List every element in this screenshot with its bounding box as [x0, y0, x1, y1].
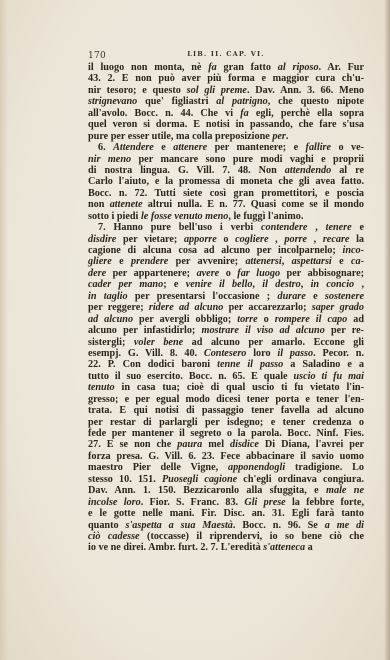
book-page: 170 LIB. II. CAP. VI. il luogo non monta… [0, 0, 390, 660]
text-line: nir tesoro; e questo sol gli preme. Dav.… [88, 85, 364, 96]
body-text: il luogo non monta, nè fa gran fatto al … [88, 62, 364, 554]
text-line: pure per esser utile, ma colla preposizi… [88, 131, 364, 142]
text-line: 7. Hanno pure bell'uso i verbi contender… [88, 222, 364, 233]
text-line: cader per mano; e venire il bello, il de… [88, 279, 364, 290]
text-line: all'avolo. Bocc. n. 44. Che vi fa egli, … [88, 108, 364, 119]
text-line: 6. Attendere e attenere per mantenere; e… [88, 142, 364, 153]
text-line: forza presa. G. Vill. 6. 23. Fece abbaci… [88, 451, 364, 462]
text-line: tutto il suo esercito. Bocc. n. 65. E qu… [88, 371, 364, 382]
text-line: incolse loro. Fior. S. Franc. 83. Gli pr… [88, 497, 364, 508]
text-line: 27. E se non che paura mel disdice Di Di… [88, 439, 364, 450]
text-line: per restar di parlargli per isdegno; e t… [88, 417, 364, 428]
text-line: sotto i piedi le fosse venuto meno, le f… [88, 211, 364, 222]
text-line: maestro Pier delle Vigne, apponendogli t… [88, 462, 364, 473]
page-header: 170 LIB. II. CAP. VI. [88, 50, 364, 62]
text-line: quel veron si dorma. E notisi in passand… [88, 119, 364, 130]
page-gutter-shadow [0, 0, 8, 660]
text-line: fede per mantener il segreto o la parola… [88, 428, 364, 439]
text-line: Carlo l'aiuto, e la promessa di moneta c… [88, 176, 364, 187]
text-line: io ve ne direi. Ambr. furt. 2. 7. L'ered… [88, 542, 364, 553]
text-line: gliere e prendere per avvenire; atteners… [88, 256, 364, 267]
text-line: il luogo non monta, nè fa gran fatto al … [88, 62, 364, 73]
text-line: quanto s'aspetta a sua Maestà. Bocc. n. … [88, 520, 364, 531]
text-line: trata. E qui notisi di passaggio tener f… [88, 405, 364, 416]
text-line: Dav. Ann. 1. 150. Bezzicaronlo alla sfug… [88, 485, 364, 496]
text-line: esempj. G. Vill. 8. 40. Contesero loro i… [88, 348, 364, 359]
text-line: dere per appartenere; avere o far luogo … [88, 268, 364, 279]
text-line: di nostra lingua. G. Vill. 7. 48. Non at… [88, 165, 364, 176]
text-line: Bocc. n. 72. Tutti siete così gran prome… [88, 188, 364, 199]
text-line: alcuno per infastidirlo; mostrare il vis… [88, 325, 364, 336]
text-line: nir meno per mancare sono pure modi vagh… [88, 154, 364, 165]
text-line: e le gotte nelle mani. Fir. Disc. an. 31… [88, 508, 364, 519]
text-line: gresso; e per egual modo dicesi tener po… [88, 394, 364, 405]
running-head: LIB. II. CAP. VI. [88, 50, 364, 58]
page-edge-shadow [384, 0, 390, 660]
text-line: in taglio per presentarsi l'occasione ; … [88, 291, 364, 302]
text-line: 22. P. Con dodici baroni tenne il passo … [88, 359, 364, 370]
text-line: sistergli; voler bene ad alcuno per amar… [88, 337, 364, 348]
text-line: tenuto in casa tua; cioè di qual uscio t… [88, 382, 364, 393]
text-line: ciò cadesse (toccasse) il riprendervi, i… [88, 531, 364, 542]
text-line: stesso 10. 151. Puosegli cagione ch'egli… [88, 474, 364, 485]
text-line: strignevano que' figliastri al patrigno,… [88, 96, 364, 107]
text-line: non attenete altrui nulla. E n. 77. Quas… [88, 199, 364, 210]
text-line: ad alcuno per avergli obbligo; torre o r… [88, 314, 364, 325]
text-line: disdire per vietare; apporre o cogliere … [88, 234, 364, 245]
text-line: per reggere; ridere ad alcuno per accare… [88, 302, 364, 313]
text-line: 43. 2. E non può aver più forma e maggio… [88, 73, 364, 84]
text-line: cagione di alcuna cosa ad alcuno per inc… [88, 245, 364, 256]
